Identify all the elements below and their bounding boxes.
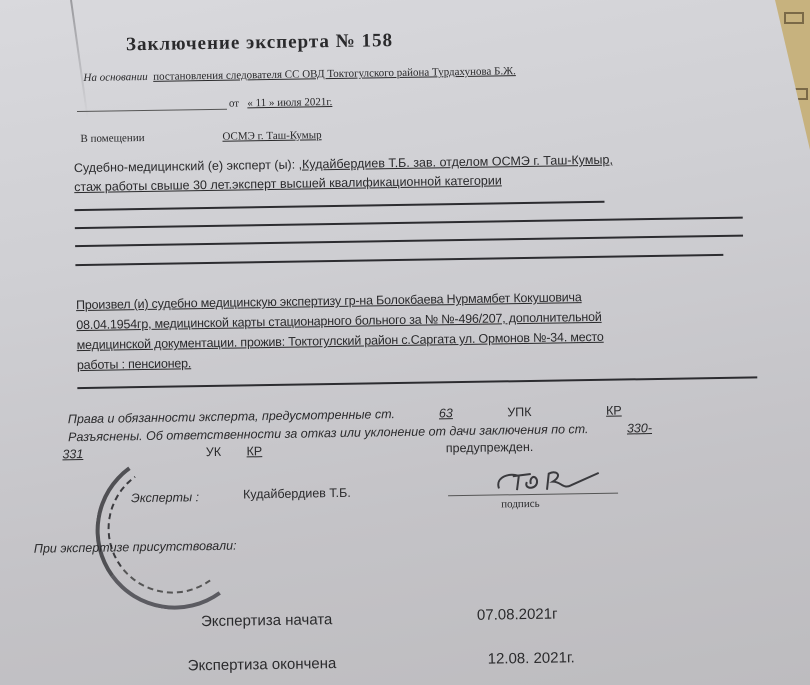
responsibility-articles: 330- [592,421,652,436]
blank-line [77,376,757,388]
blank-line [77,109,227,112]
premises-value: ОСМЭ г. Таш-Кумыр [222,129,321,143]
blank-line [75,254,723,266]
blank-line [75,235,743,247]
expertise-started-label: Экспертиза начата [201,611,333,630]
expert-name-position: ,Кудайбердиев Т.Б. зав. отделом ОСМЭ г. … [299,153,613,172]
blank-line [75,217,743,229]
expert-line-1: Судебно-медицинский (е) эксперт (ы): ,Ку… [74,153,613,175]
expert-signer-name: Кудайбердиев Т.Б. [243,486,351,502]
expertise-started-date: 07.08.2021г [477,606,558,624]
rights-code: УПК [507,405,531,419]
experts-label: Эксперты : [131,490,199,505]
document-title: Заключение эксперта № 158 [126,30,393,56]
document-page: Заключение эксперта № 158 На основании п… [0,0,810,685]
expert-label: Судебно-медицинский (е) эксперт (ы): [74,158,295,175]
date-from: от [229,98,239,110]
signature-caption: подпись [501,498,540,511]
premises-label: В помещении [80,132,144,145]
responsibility-code: УК [206,445,221,459]
rights-article: 63 [398,406,493,421]
expertise-ended-label: Экспертиза окончена [188,655,337,674]
rights-text: Права и обязанности эксперта, предусмотр… [68,407,395,426]
examination-line-4: работы : пенсионер. [77,353,191,375]
order-date: « 11 » июля 2021г. [247,96,332,109]
basis-text: постановления следователя СС ОВД Токтогу… [153,65,516,83]
blank-line [75,201,605,211]
basis-line: На основании постановления следователя С… [83,65,516,84]
expertise-ended-date: 12.08. 2021г. [488,649,575,667]
date-line: от « 11 » июля 2021г. [229,96,333,110]
warned-text: предупрежден. [446,440,534,455]
document-content: Заключение эксперта № 158 На основании п… [0,0,810,685]
background-pattern [784,12,804,24]
rights-country: КР [549,403,679,419]
responsibility-country: КР [224,442,421,459]
expert-line-2: стаж работы свыше 30 лет.эксперт высшей … [74,173,502,194]
basis-prefix: На основании [83,71,147,84]
